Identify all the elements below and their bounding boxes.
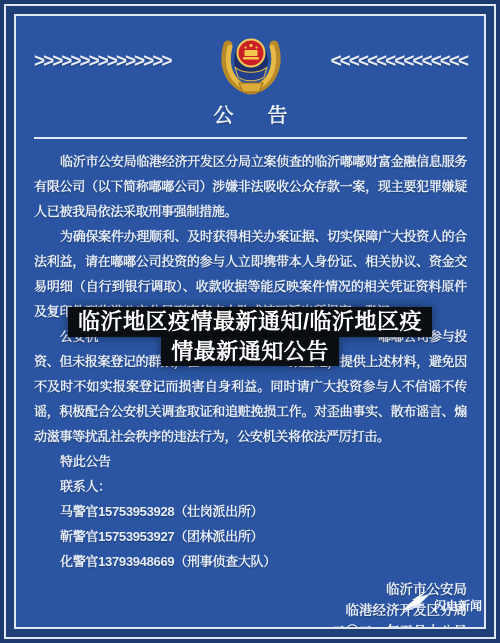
closing-line: 特此公告 bbox=[34, 449, 467, 474]
lightning-icon bbox=[398, 590, 432, 621]
contact-officer-hua: 化警官13793948669（刑事侦查大队） bbox=[34, 549, 467, 574]
outer-frame: >>>>>>>>>>>>>>> bbox=[4, 4, 496, 639]
paragraph-warning: 不及时不如实报案登记而损害自身利益。同时请广大投资参与人不信谣不传谣，积极配合公… bbox=[34, 374, 467, 449]
chevrons-right-decoration: <<<<<<<<<<<<<<< bbox=[331, 51, 467, 73]
notice-title: 公 告 bbox=[34, 104, 467, 128]
signature-date: 二〇二一年五月十八日 bbox=[34, 621, 467, 629]
headline-line1: 临沂地区疫情最新通知/临沂地区疫 bbox=[68, 307, 432, 337]
notice-title-char1: 公 bbox=[214, 104, 234, 128]
header-divider bbox=[34, 137, 467, 139]
headline-line2: 情最新通知公告 bbox=[161, 337, 339, 366]
watermark-text: 闪电新闻 bbox=[434, 597, 482, 614]
contact-officer-ma: 马警官15753953928（壮岗派出所） bbox=[34, 499, 467, 524]
news-watermark: 闪电新闻 bbox=[398, 590, 482, 621]
notice-poster: >>>>>>>>>>>>>>> bbox=[0, 0, 500, 643]
notice-title-char2: 告 bbox=[268, 104, 288, 128]
chevrons-left-decoration: >>>>>>>>>>>>>>> bbox=[34, 51, 170, 73]
headline-overlay: 临沂地区疫情最新通知/临沂地区疫 情最新通知公告 bbox=[16, 307, 484, 366]
police-badge-icon bbox=[219, 27, 283, 100]
header: >>>>>>>>>>>>>>> bbox=[34, 16, 467, 100]
contact-officer-jin: 靳警官15753953927（团林派出所） bbox=[34, 524, 467, 549]
inner-frame: >>>>>>>>>>>>>>> bbox=[14, 14, 486, 629]
paragraph-case: 临沂市公安局临港经济开发区分局立案侦查的临沂嘟嘟财富金融信息服务有限公司（以下简… bbox=[34, 149, 467, 224]
contact-label: 联系人： bbox=[34, 474, 467, 499]
